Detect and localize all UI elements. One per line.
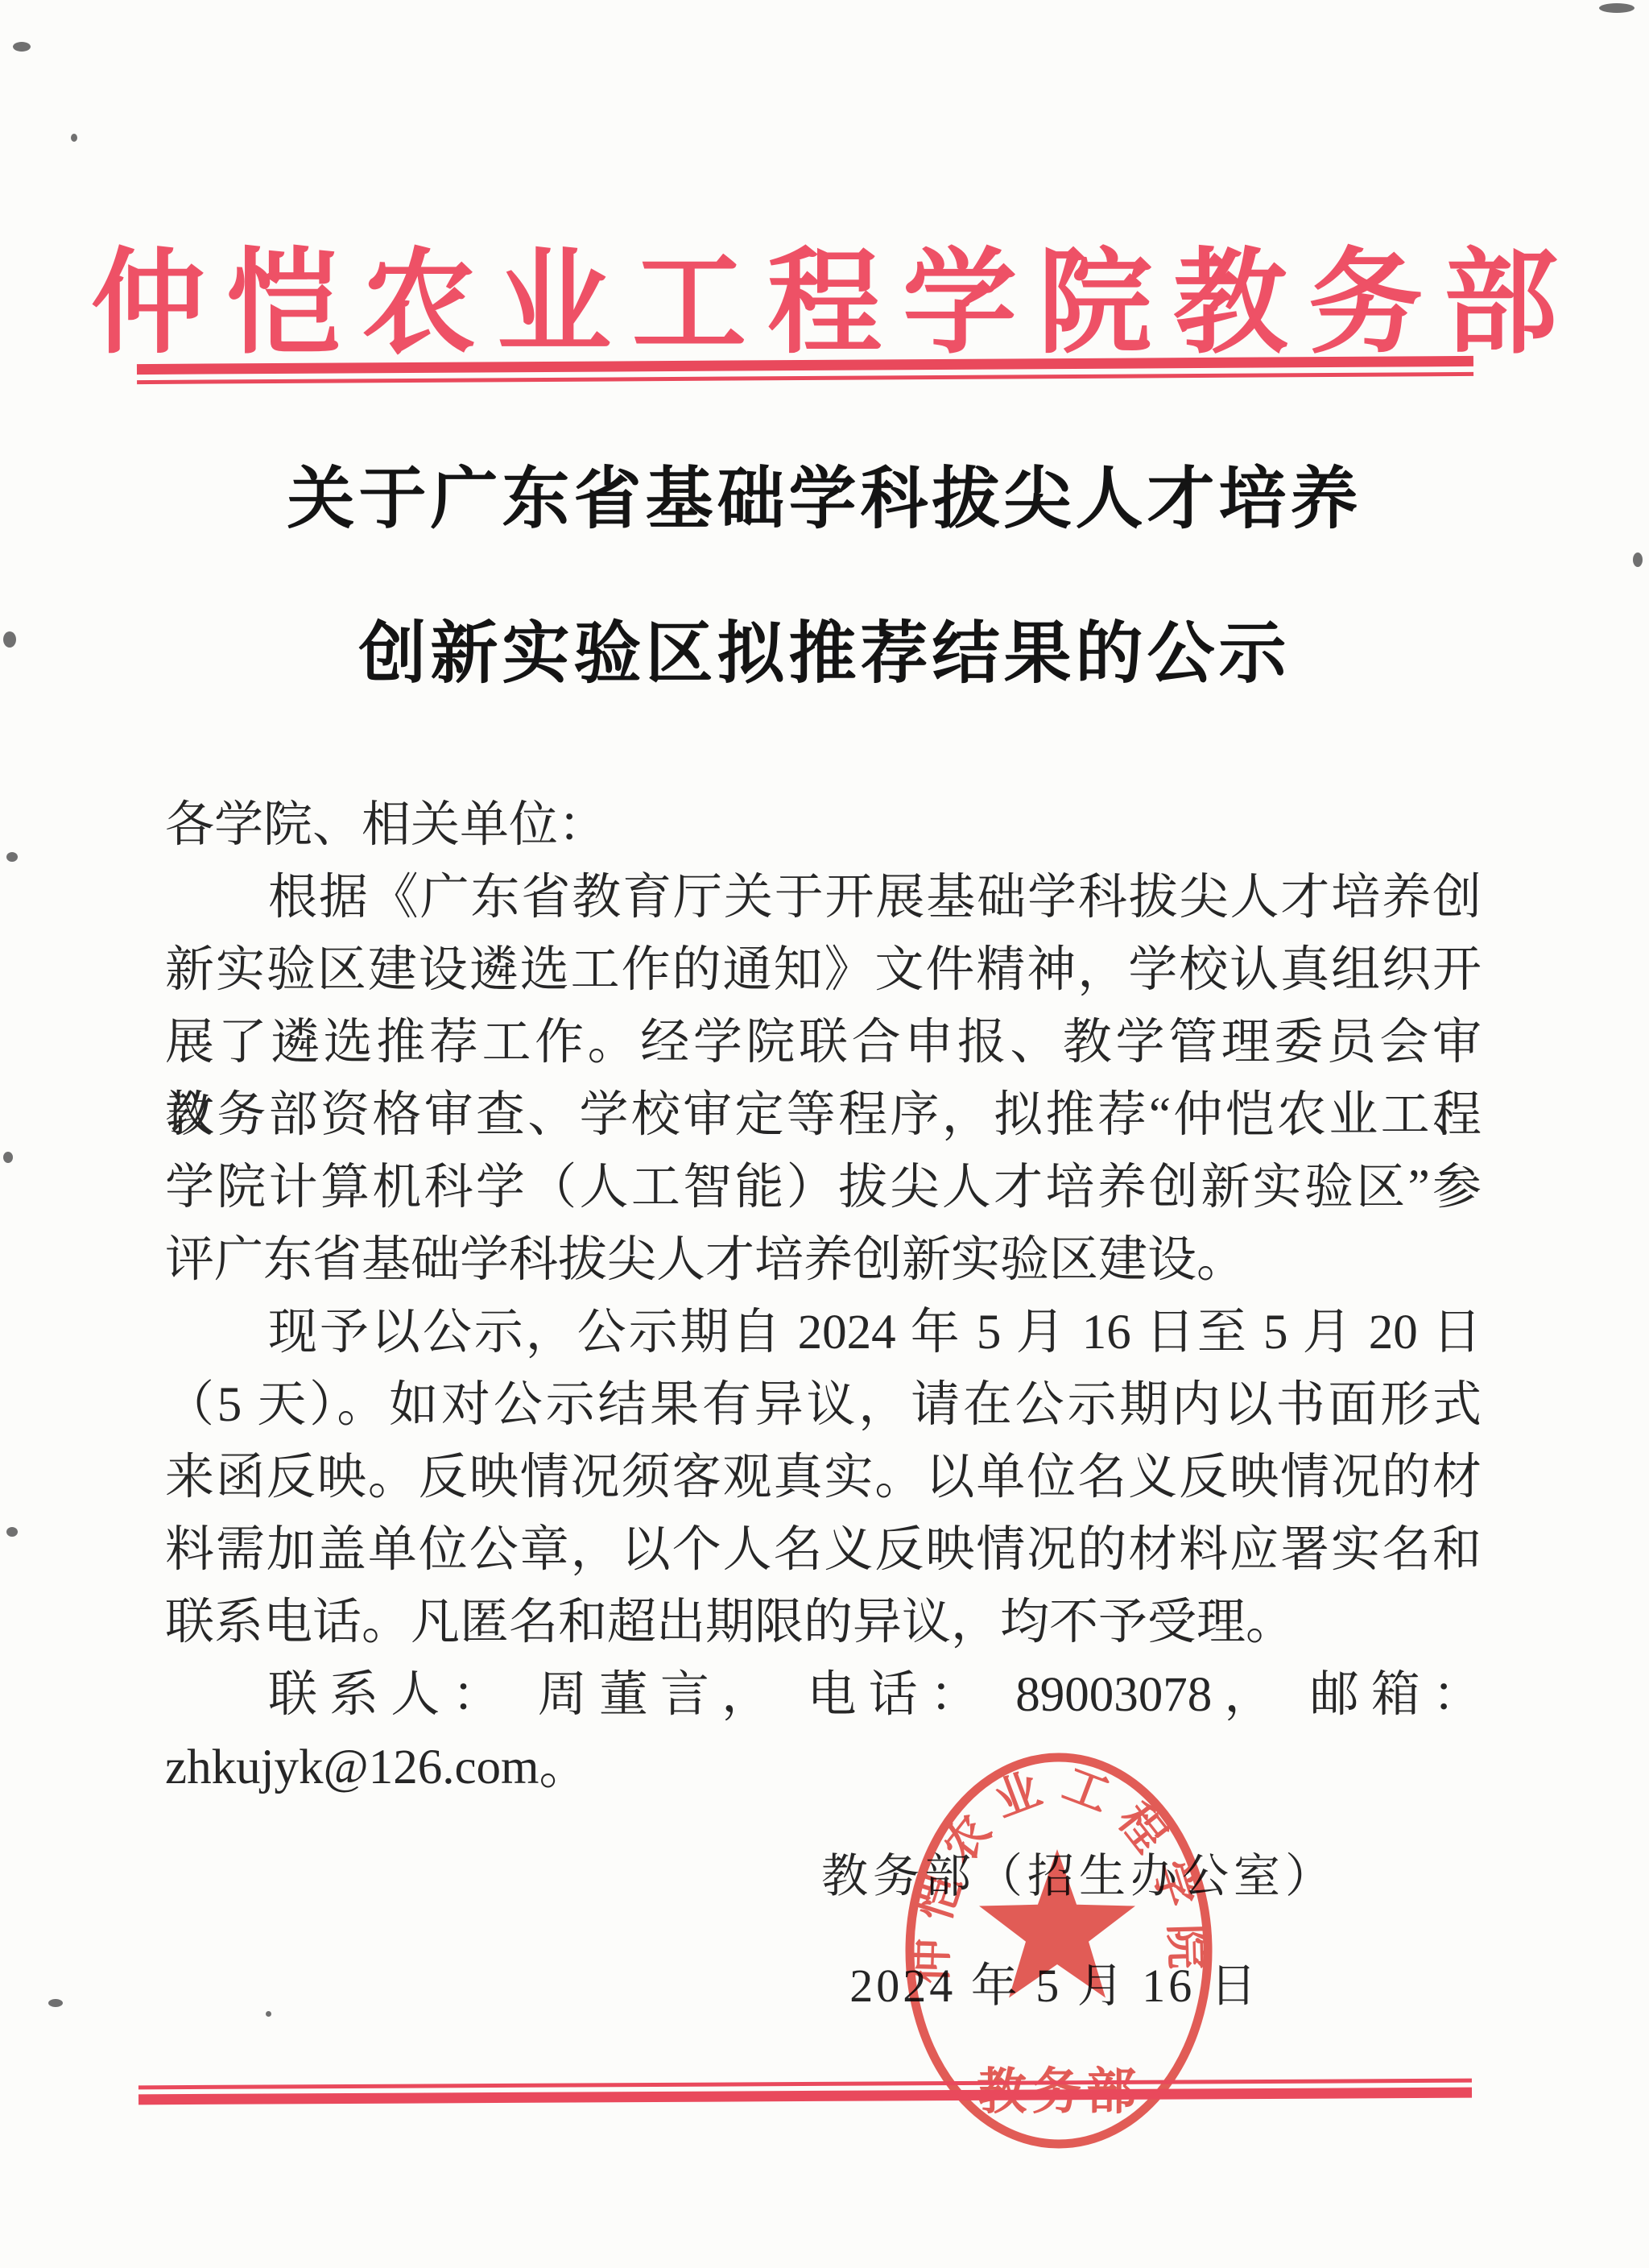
- scan-artifact: [266, 2011, 271, 2017]
- body-line: 评广东省基础学科拔尖人才培养创新实验区建设。: [165, 1224, 1482, 1297]
- scan-artifact: [13, 42, 31, 52]
- body-text: 各学院、相关单位： 根据《广东省教育厅关于开展基础学科拔尖人才培养创 新实验区建…: [165, 789, 1482, 1804]
- seal-star: [979, 1849, 1135, 1998]
- scan-artifact: [1599, 3, 1635, 13]
- scan-artifact: [6, 1527, 18, 1537]
- body-line: 料需加盖单位公章，以个人名义反映情况的材料应署实名和: [165, 1514, 1482, 1587]
- letterhead-title: 仲恺农业工程学院教务部: [0, 211, 1649, 375]
- body-line: 来函反映。反映情况须客观真实。以单位名义反映情况的材: [165, 1442, 1482, 1514]
- scan-artifact: [48, 1999, 63, 2007]
- body-line: 现予以公示，公示期自 2024 年 5 月 16 日至 5 月 20 日: [165, 1297, 1482, 1369]
- body-line: 展了遴选推荐工作。经学院联合申报、教学管理委员会审议、: [165, 1007, 1482, 1079]
- document-title-line1: 关于广东省基础学科拔尖人才培养: [0, 445, 1649, 542]
- scan-artifact: [1633, 553, 1643, 567]
- body-line: （5 天）。如对公示结果有异议，请在公示期内以书面形式: [165, 1369, 1482, 1442]
- body-line: 新实验区建设遴选工作的通知》文件精神，学校认真组织开: [165, 934, 1482, 1007]
- body-line: 教务部资格审查、学校审定等程序，拟推荐“仲恺农业工程: [165, 1079, 1482, 1152]
- scan-artifact: [3, 1152, 13, 1163]
- footer-rule: [138, 2079, 1472, 2105]
- body-line: 根据《广东省教育厅关于开展基础学科拔尖人才培养创: [165, 862, 1482, 934]
- scan-artifact: [3, 631, 16, 648]
- contact-line: 联系人： 周董言， 电话： 89003078， 邮箱：: [165, 1659, 1482, 1732]
- scan-artifact: [71, 134, 77, 142]
- scanned-notice-page: 仲恺农业工程学院教务部 关于广东省基础学科拔尖人才培养 创新实验区拟推荐结果的公…: [0, 0, 1649, 2268]
- contact-email-line: zhkujyk@126.com。: [165, 1732, 1482, 1804]
- body-line: 联系电话。凡匿名和超出期限的异议，均不予受理。: [165, 1587, 1482, 1659]
- document-title-line2: 创新实验区拟推荐结果的公示: [0, 599, 1649, 697]
- body-line: 学院计算机科学（人工智能）拔尖人才培养创新实验区”参: [165, 1152, 1482, 1224]
- salutation-line: 各学院、相关单位：: [165, 789, 1482, 862]
- scan-artifact: [6, 852, 18, 862]
